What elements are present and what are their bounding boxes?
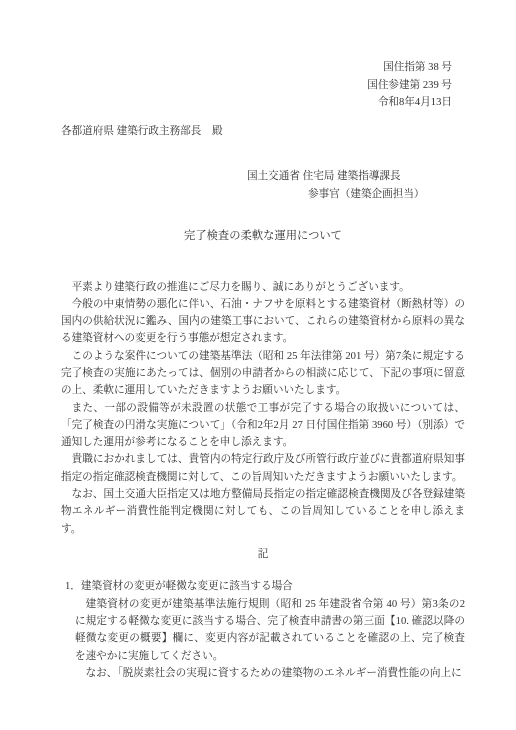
section-1-heading: 1．建築資材の変更が軽微な変更に該当する場合 xyxy=(61,578,465,595)
addressee-line: 各都道府県 建築行政主務部長 殿 xyxy=(61,123,465,141)
sender-line-counselor: 参事官（建築企画担当） xyxy=(61,186,465,204)
body-paragraph-5: 貴職におかれましては、貴管内の特定行政庁及び所管行政庁並びに貴都道府県知事指定の… xyxy=(61,451,465,486)
section-1-paragraph-2: なお、「脱炭素社会の実現に資するための建築物のエネルギー消費性能の向上に xyxy=(75,665,465,682)
doc-number-line-2: 国住参建第 239 号 xyxy=(61,77,452,95)
record-marker: 記 xyxy=(61,546,465,564)
body-text: 平素より建築行政の推進にご尽力を賜り、誠にありがとうございます。 今般の中東情勢… xyxy=(61,279,465,538)
body-paragraph-1: 平素より建築行政の推進にご尽力を賜り、誠にありがとうございます。 xyxy=(61,279,465,296)
document-title: 完了検査の柔軟な運用について xyxy=(61,228,465,246)
body-paragraph-2: 今般の中東情勢の悪化に伴い、石油・ナフサを原料とする建築資材（断熱材等）の国内の… xyxy=(61,296,465,348)
doc-number-line-1: 国住指第 38 号 xyxy=(61,59,452,77)
section-1-number: 1． xyxy=(65,581,81,592)
section-1-paragraph-1: 建築資材の変更が建築基準法施行規則（昭和 25 年建設省令第 40 号）第3条の… xyxy=(75,596,465,665)
sender-line-division: 国土交通省 住宅局 建築指導課長 xyxy=(61,168,465,186)
doc-number-block: 国住指第 38 号 国住参建第 239 号 令和8年4月13日 xyxy=(61,59,465,112)
body-paragraph-4: また、一部の設備等が未設置の状態で工事が完了する場合の取扱いについては、「完了検… xyxy=(61,400,465,452)
document-page: 国住指第 38 号 国住参建第 239 号 令和8年4月13日 各都道府県 建築… xyxy=(0,0,516,730)
doc-date: 令和8年4月13日 xyxy=(61,94,452,112)
body-paragraph-6: なお、国土交通大臣指定又は地方整備局長指定の指定確認検査機関及び各登録建築物エネ… xyxy=(61,486,465,538)
section-1-heading-text: 建築資材の変更が軽微な変更に該当する場合 xyxy=(81,581,293,592)
body-paragraph-3: このような案件についての建築基準法（昭和 25 年法律第 201 号）第7条に規… xyxy=(61,348,465,400)
section-1: 1．建築資材の変更が軽微な変更に該当する場合 建築資材の変更が建築基準法施行規則… xyxy=(61,578,465,682)
sender-block: 国土交通省 住宅局 建築指導課長 参事官（建築企画担当） xyxy=(61,168,465,203)
